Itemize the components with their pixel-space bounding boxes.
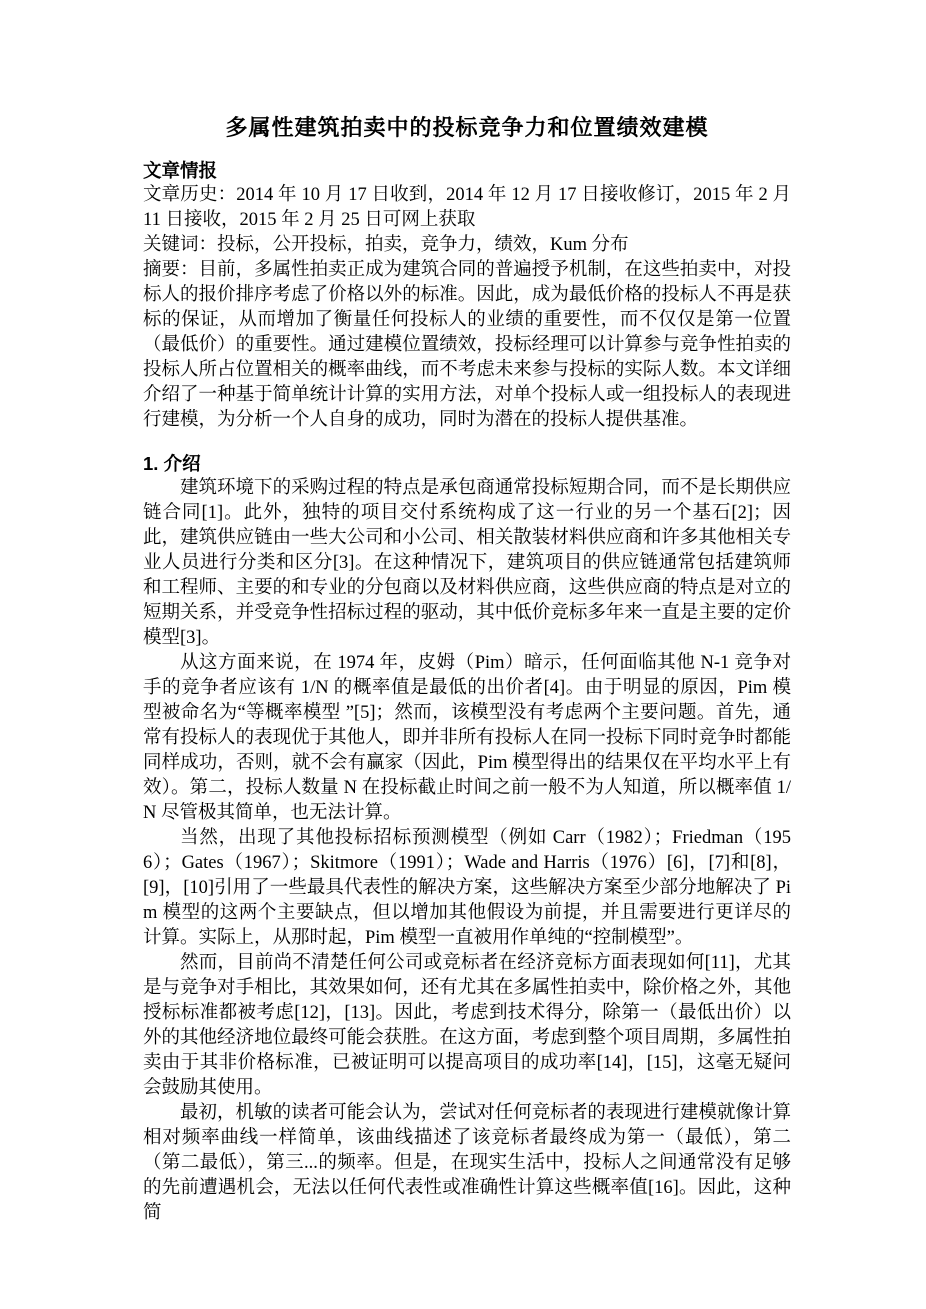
section-1-paragraph-2: 从这方面来说，在 1974 年，皮姆（Pim）暗示，任何面临其他 N-1 竞争对…	[143, 651, 791, 826]
section-1-paragraph-3: 当然，出现了其他投标招标预测模型（例如 Carr（1982）；Friedman（…	[143, 826, 791, 951]
section-1-paragraph-5: 最初，机敏的读者可能会认为，尝试对任何竞标者的表现进行建模就像计算相对频率曲线一…	[143, 1101, 791, 1226]
article-abstract: 摘要：目前，多属性拍卖正成为建筑合同的普遍授予机制，在这些拍卖中，对投标人的报价…	[143, 258, 791, 433]
section-1-paragraph-1: 建筑环境下的采购过程的特点是承包商通常投标短期合同，而不是长期供应链合同[1]。…	[143, 476, 791, 651]
page-title: 多属性建筑拍卖中的投标竞争力和位置绩效建模	[143, 112, 791, 144]
section-1-paragraph-4: 然而，目前尚不清楚任何公司或竞标者在经济竞标方面表现如何[11]，尤其是与竞争对…	[143, 951, 791, 1101]
document-page: 多属性建筑拍卖中的投标竞争力和位置绩效建模 文章情报 文章历史：2014 年 1…	[0, 0, 926, 1309]
article-history: 文章历史：2014 年 10 月 17 日收到，2014 年 12 月 17 日…	[143, 183, 791, 233]
article-keywords: 关键词：投标，公开投标，拍卖，竞争力，绩效，Kum 分布	[143, 233, 791, 258]
section-1-heading: 1. 介绍	[143, 451, 791, 476]
article-info-heading: 文章情报	[143, 158, 791, 183]
